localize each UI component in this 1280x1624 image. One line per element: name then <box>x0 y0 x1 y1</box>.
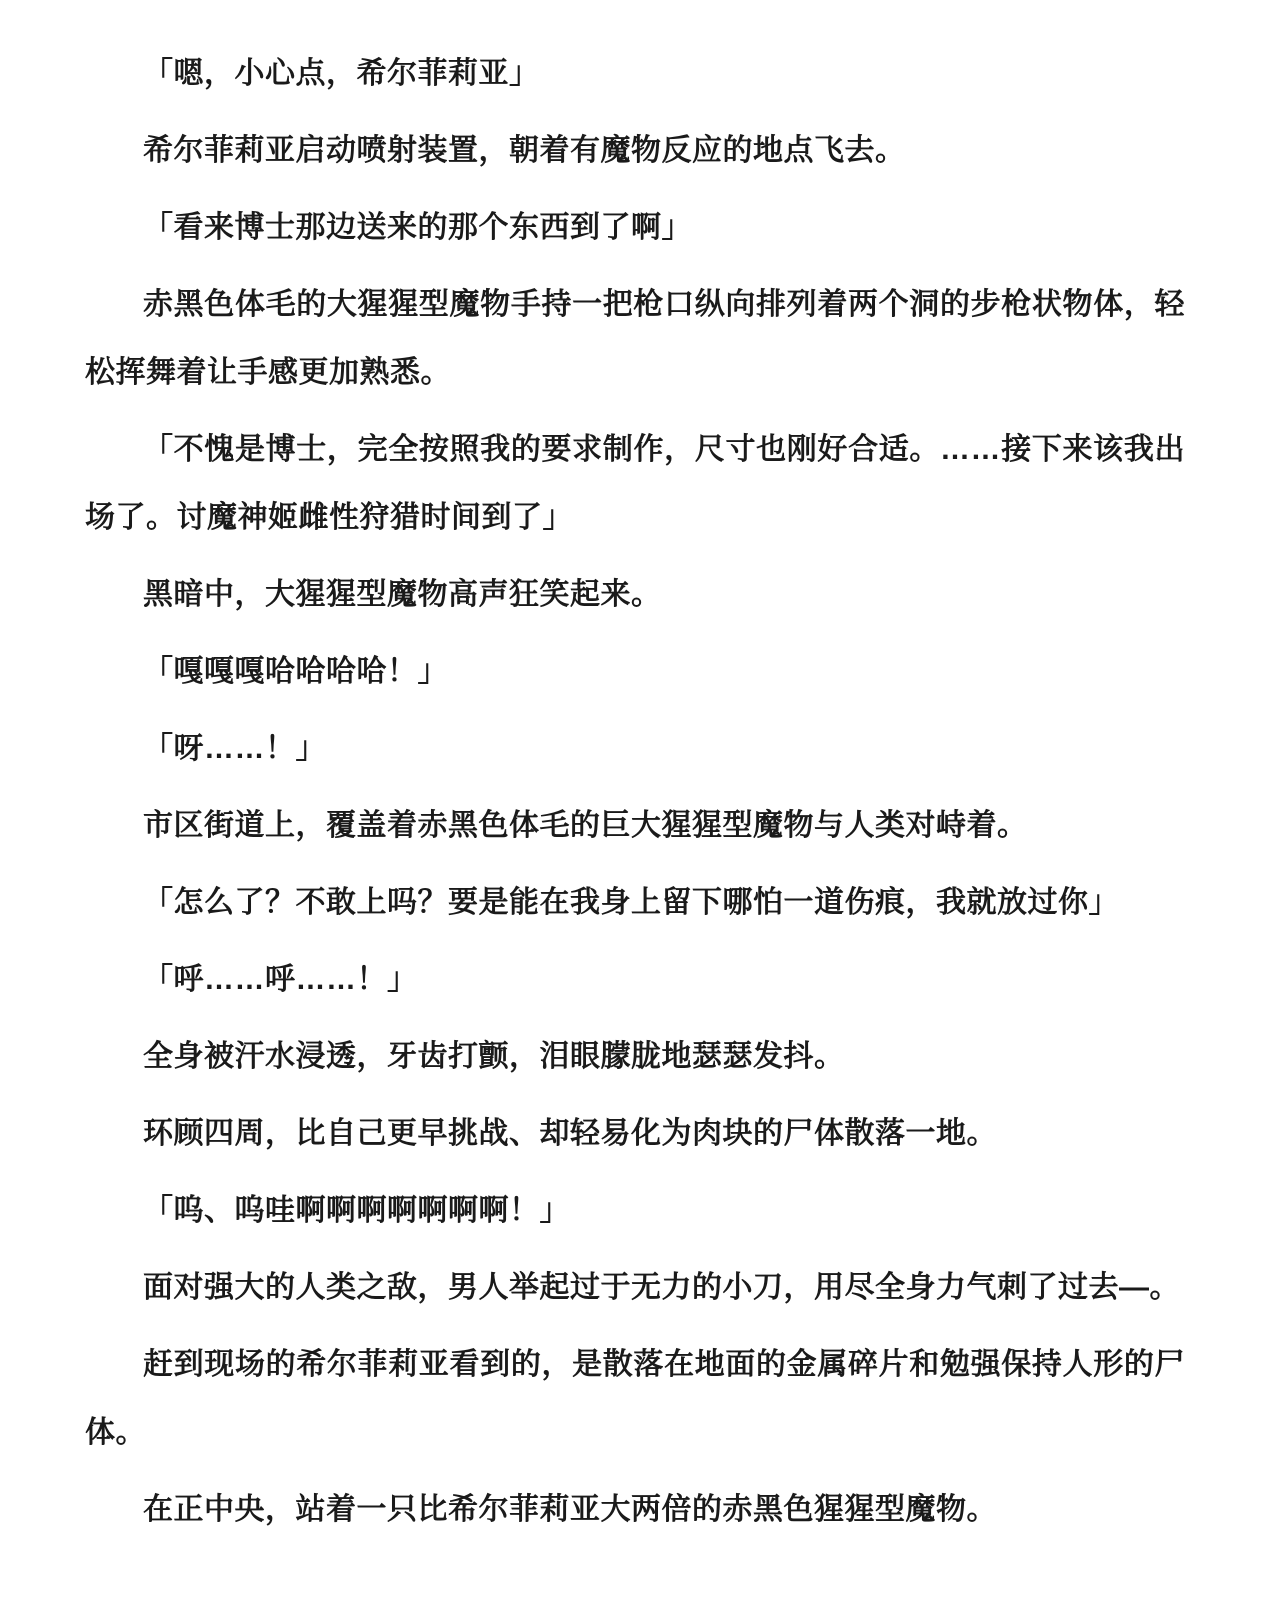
paragraph-dialogue: 「看来博士那边送来的那个东西到了啊」 <box>85 194 1185 262</box>
paragraph-narration: 市区街道上，覆盖着赤黑色体毛的巨大猩猩型魔物与人类对峙着。 <box>85 792 1185 860</box>
paragraph-narration: 在正中央，站着一只比希尔菲莉亚大两倍的赤黑色猩猩型魔物。 <box>85 1476 1185 1544</box>
paragraph-dialogue: 「不愧是博士，完全按照我的要求制作，尺寸也刚好合适。……接下来该我出场了。讨魔神… <box>85 416 1185 552</box>
paragraph-dialogue: 「呜、呜哇啊啊啊啊啊啊啊！」 <box>85 1177 1185 1245</box>
paragraph-dialogue: 「嗯，小心点，希尔菲莉亚」 <box>85 40 1185 108</box>
paragraph-narration: 赶到现场的希尔菲莉亚看到的，是散落在地面的金属碎片和勉强保持人形的尸体。 <box>85 1331 1185 1467</box>
novel-text-page: 「嗯，小心点，希尔菲莉亚」 希尔菲莉亚启动喷射装置，朝着有魔物反应的地点飞去。 … <box>0 0 1280 1624</box>
paragraph-narration: 赤黑色体毛的大猩猩型魔物手持一把枪口纵向排列着两个洞的步枪状物体，轻松挥舞着让手… <box>85 271 1185 407</box>
paragraph-dialogue: 「怎么了？不敢上吗？要是能在我身上留下哪怕一道伤痕，我就放过你」 <box>85 869 1185 937</box>
paragraph-dialogue: 「呀……！」 <box>85 715 1185 783</box>
paragraph-dialogue: 「呼……呼……！」 <box>85 946 1185 1014</box>
paragraph-narration: 全身被汗水浸透，牙齿打颤，泪眼朦胧地瑟瑟发抖。 <box>85 1023 1185 1091</box>
paragraph-narration: 环顾四周，比自己更早挑战、却轻易化为肉块的尸体散落一地。 <box>85 1100 1185 1168</box>
paragraph-narration: 黑暗中，大猩猩型魔物高声狂笑起来。 <box>85 561 1185 629</box>
paragraph-narration: 面对强大的人类之敌，男人举起过于无力的小刀，用尽全身力气刺了过去—。 <box>85 1254 1185 1322</box>
paragraph-narration: 希尔菲莉亚启动喷射装置，朝着有魔物反应的地点飞去。 <box>85 117 1185 185</box>
paragraph-dialogue: 「嘎嘎嘎哈哈哈哈！」 <box>85 638 1185 706</box>
